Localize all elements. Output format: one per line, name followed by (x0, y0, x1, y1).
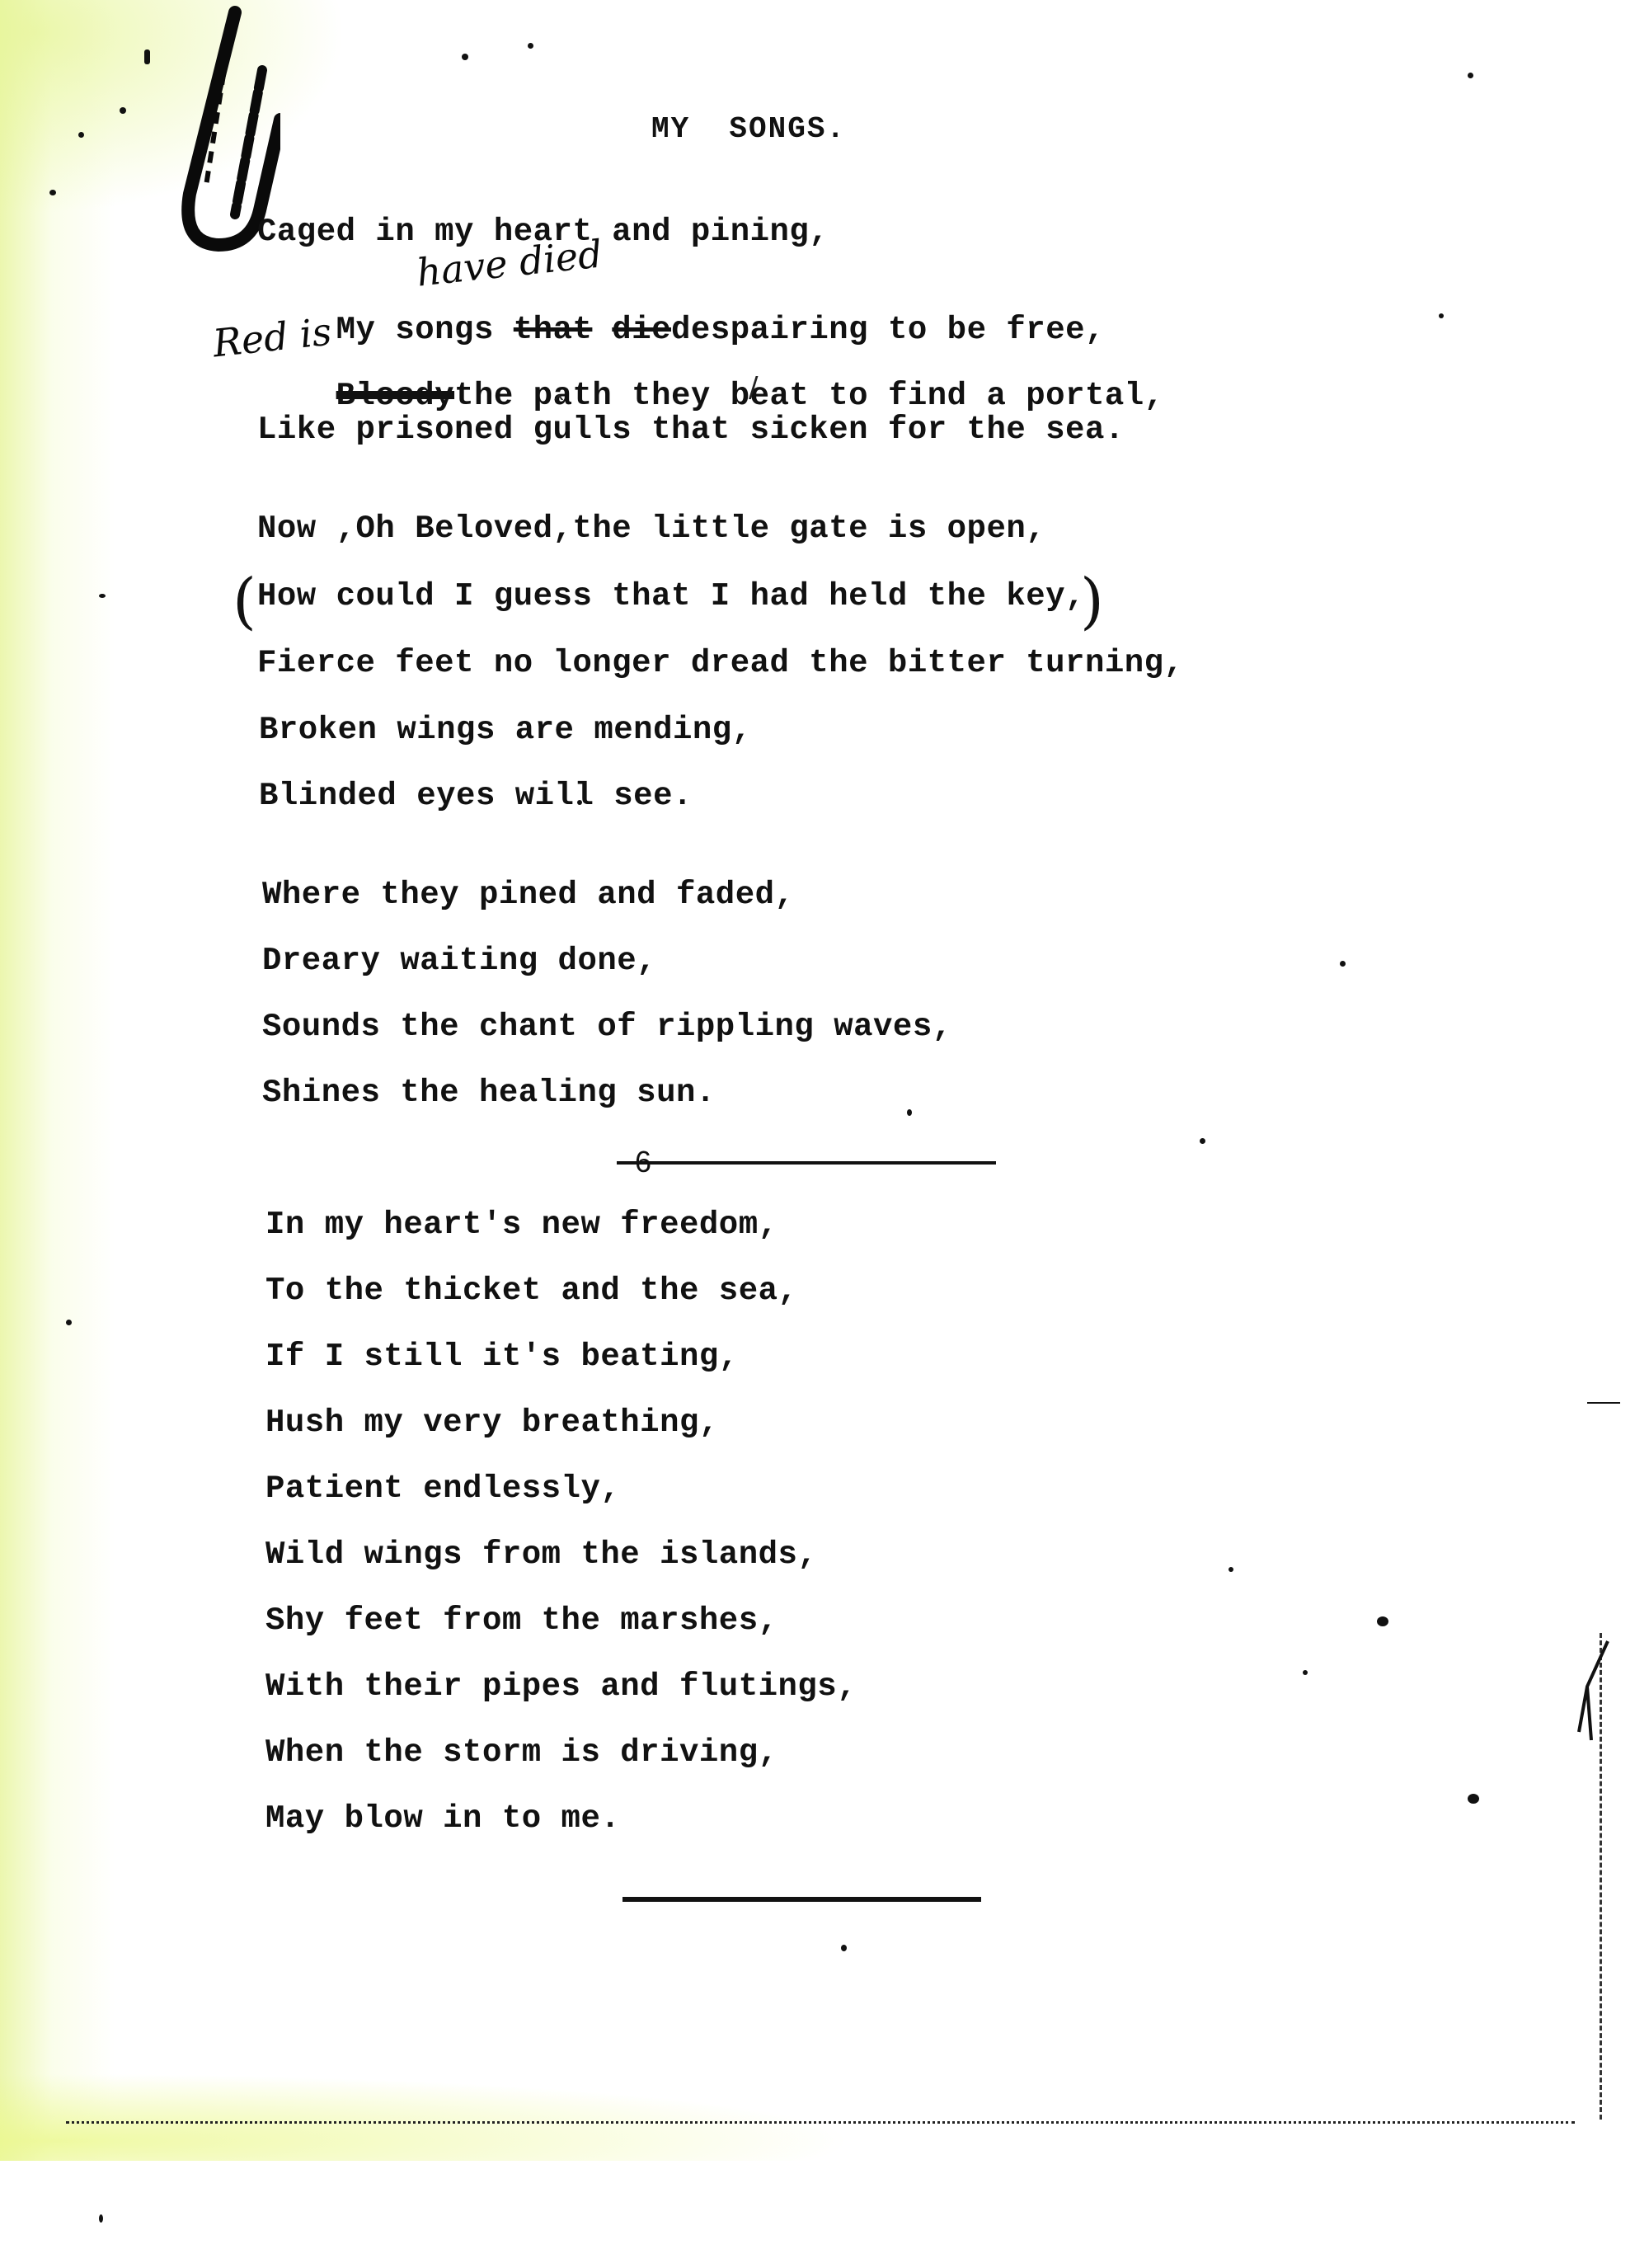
speck (907, 1109, 912, 1116)
handwritten-close-paren: ) (1080, 571, 1104, 632)
struck-word: Bloody (336, 378, 454, 414)
poem-line: With their pipes and flutings, (265, 1671, 857, 1703)
poem-line: Like prisoned gulls that sicken for the … (257, 414, 1125, 446)
speck (1303, 1670, 1308, 1675)
margin-mark (1567, 1633, 1616, 1765)
speck (78, 132, 84, 138)
insertion-caret: ‸ (554, 368, 564, 401)
speck (462, 54, 468, 60)
struck-word: that (514, 312, 593, 348)
poem-line: To the thicket and the sea, (265, 1275, 797, 1307)
speck (1439, 313, 1444, 318)
speck (577, 800, 582, 805)
poem-line: If I still it's beating, (265, 1341, 739, 1373)
speck (528, 43, 533, 49)
poem-line: Dreary waiting done, (262, 945, 656, 977)
poem-line: Wild wings from the islands, (265, 1539, 817, 1571)
page-title: MY SONGS. (651, 112, 846, 146)
poem-line: Fierce feet no longer dread the bitter t… (257, 647, 1183, 680)
line-text (592, 312, 612, 348)
aged-paper-stain (0, 2062, 989, 2161)
speck (1340, 961, 1346, 967)
aged-paper-edge (0, 0, 115, 2161)
poem-line: Now ,Oh Beloved,the little gate is open, (257, 513, 1045, 545)
poem-line: Blinded eyes will see. (259, 780, 693, 812)
speck (99, 2214, 103, 2223)
poem-line: When the storm is driving, (265, 1737, 778, 1769)
margin-dash (1587, 1402, 1620, 1404)
poem-line: May blow in to me. (265, 1803, 620, 1835)
struck-word: die (612, 312, 671, 348)
poem-line: Sounds the chant of rippling waves, (262, 1011, 952, 1043)
poem-line: Where they pined and faded, (262, 879, 794, 911)
end-divider (622, 1897, 981, 1902)
speck (66, 1320, 72, 1325)
speck (1468, 1794, 1479, 1804)
page-bottom-edge (66, 2121, 1575, 2124)
line-text: despairing to be free, (671, 312, 1105, 348)
handwritten-open-paren: ( (233, 571, 256, 632)
poem-line: Shines the healing sun. (262, 1077, 716, 1109)
speck (99, 594, 106, 598)
speck (1468, 73, 1473, 78)
speck (841, 1945, 847, 1951)
poem-line: Broken wings are mending, (259, 714, 752, 746)
speck (144, 49, 150, 64)
poem-line: How could I guess that I had held the ke… (257, 581, 1085, 613)
speck (1200, 1138, 1205, 1144)
line-text: My songs (336, 312, 514, 348)
poem-line: In my heart's new freedom, (265, 1209, 778, 1241)
scanned-page: MY SONGS. Caged in my heart and pining, … (0, 0, 1649, 2268)
insertion-caret: / (749, 371, 758, 404)
speck (1229, 1567, 1233, 1572)
speck (120, 107, 126, 114)
poem-line: Shy feet from the marshes, (265, 1605, 778, 1637)
poem-line: Patient endlessly, (265, 1473, 620, 1505)
poem-line: Hush my very breathing, (265, 1407, 719, 1439)
speck (1377, 1616, 1388, 1626)
section-divider (617, 1161, 996, 1165)
speck (49, 190, 56, 195)
